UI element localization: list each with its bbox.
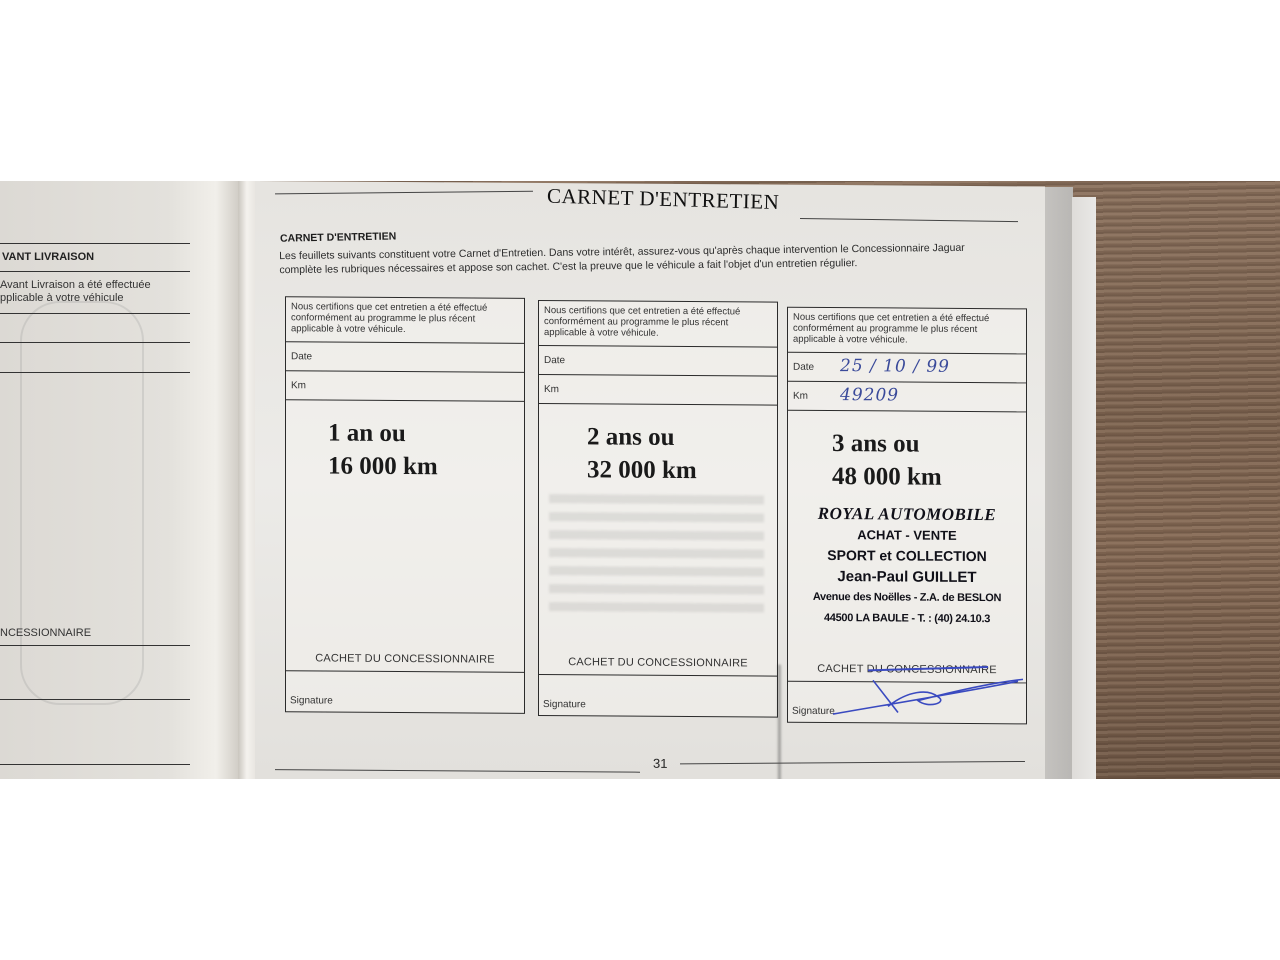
certification-text: Nous certifions que cet entretien a été … — [286, 297, 524, 344]
km-value-handwritten: 49209 — [840, 385, 899, 405]
km-label: Km — [793, 391, 808, 402]
rule — [0, 313, 190, 314]
page-edges — [1045, 187, 1073, 779]
intro-paragraph: Les feuillets suivants constituent votre… — [279, 240, 1039, 277]
right-page: CARNET D'ENTRETIEN CARNET D'ENTRETIEN Le… — [255, 181, 1045, 779]
rule — [0, 243, 190, 244]
date-label: Date — [544, 355, 565, 366]
stamp-area: 2 ans ou 32 000 km CACHET DU CONCESSIONN… — [539, 404, 777, 677]
left-page-heading: VANT LIVRAISON — [2, 251, 94, 263]
signature-label: Signature — [290, 695, 333, 706]
km-label: Km — [291, 380, 306, 391]
rule — [0, 271, 190, 272]
signature-row[interactable]: Signature — [788, 682, 1026, 724]
rule — [0, 372, 190, 373]
page-number: 31 — [653, 756, 667, 771]
photo: VANT LIVRAISON Avant Livraison a été eff… — [0, 181, 1280, 779]
dealer-stamp: ROYAL AUTOMOBILE ACHAT - VENTE SPORT et … — [792, 503, 1022, 631]
date-row[interactable]: Date — [539, 346, 777, 377]
date-label: Date — [793, 362, 814, 373]
handwritten-signature — [828, 670, 1028, 721]
km-row[interactable]: Km — [286, 371, 524, 402]
left-page-stamp-label: NCESSIONNAIRE — [0, 627, 91, 639]
stamp-area: 1 an ou 16 000 km CACHET DU CONCESSIONNA… — [286, 400, 524, 673]
rule — [0, 645, 190, 646]
rule — [0, 699, 190, 700]
date-row[interactable]: Date 25 / 10 / 99 — [788, 353, 1026, 384]
left-page-note-2: pplicable à votre véhicule — [0, 292, 124, 304]
footer-rule — [680, 761, 1025, 764]
date-label: Date — [291, 351, 312, 362]
certification-text: Nous certifions que cet entretien a été … — [788, 308, 1026, 355]
km-label: Km — [544, 384, 559, 395]
stamp-label: CACHET DU CONCESSIONNAIRE — [539, 656, 777, 670]
km-row[interactable]: Km 49209 — [788, 382, 1026, 413]
km-row[interactable]: Km — [539, 375, 777, 406]
service-interval: 2 ans ou 32 000 km — [587, 420, 697, 487]
date-row[interactable]: Date — [286, 342, 524, 373]
section-title: CARNET D'ENTRETIEN — [280, 230, 397, 244]
left-page: VANT LIVRAISON Avant Livraison a été eff… — [0, 181, 240, 779]
left-page-note-1: Avant Livraison a été effectuée — [0, 279, 151, 291]
certification-text: Nous certifions que cet entretien a été … — [539, 301, 777, 348]
stamp-label: CACHET DU CONCESSIONNAIRE — [286, 652, 524, 666]
title-rule — [275, 191, 533, 195]
service-card-1: Nous certifions que cet entretien a été … — [285, 296, 525, 714]
signature-label: Signature — [543, 699, 586, 710]
service-interval: 1 an ou 16 000 km — [328, 417, 438, 484]
page-title: CARNET D'ENTRETIEN — [547, 184, 780, 215]
signature-row[interactable]: Signature — [286, 671, 524, 713]
service-interval: 3 ans ou 48 000 km — [832, 427, 942, 494]
bleed-through-stamp — [549, 494, 764, 616]
title-rule — [800, 218, 1018, 222]
service-card-3: Nous certifions que cet entretien a été … — [787, 307, 1027, 725]
stamp-area: 3 ans ou 48 000 km ROYAL AUTOMOBILE ACHA… — [788, 411, 1026, 684]
date-value-handwritten: 25 / 10 / 99 — [840, 356, 950, 377]
signature-row[interactable]: Signature — [539, 675, 777, 717]
service-card-2: Nous certifions que cet entretien a été … — [538, 300, 778, 718]
page-edges — [1072, 197, 1096, 779]
footer-rule — [275, 769, 640, 773]
rule — [0, 342, 190, 343]
rule — [0, 764, 190, 765]
